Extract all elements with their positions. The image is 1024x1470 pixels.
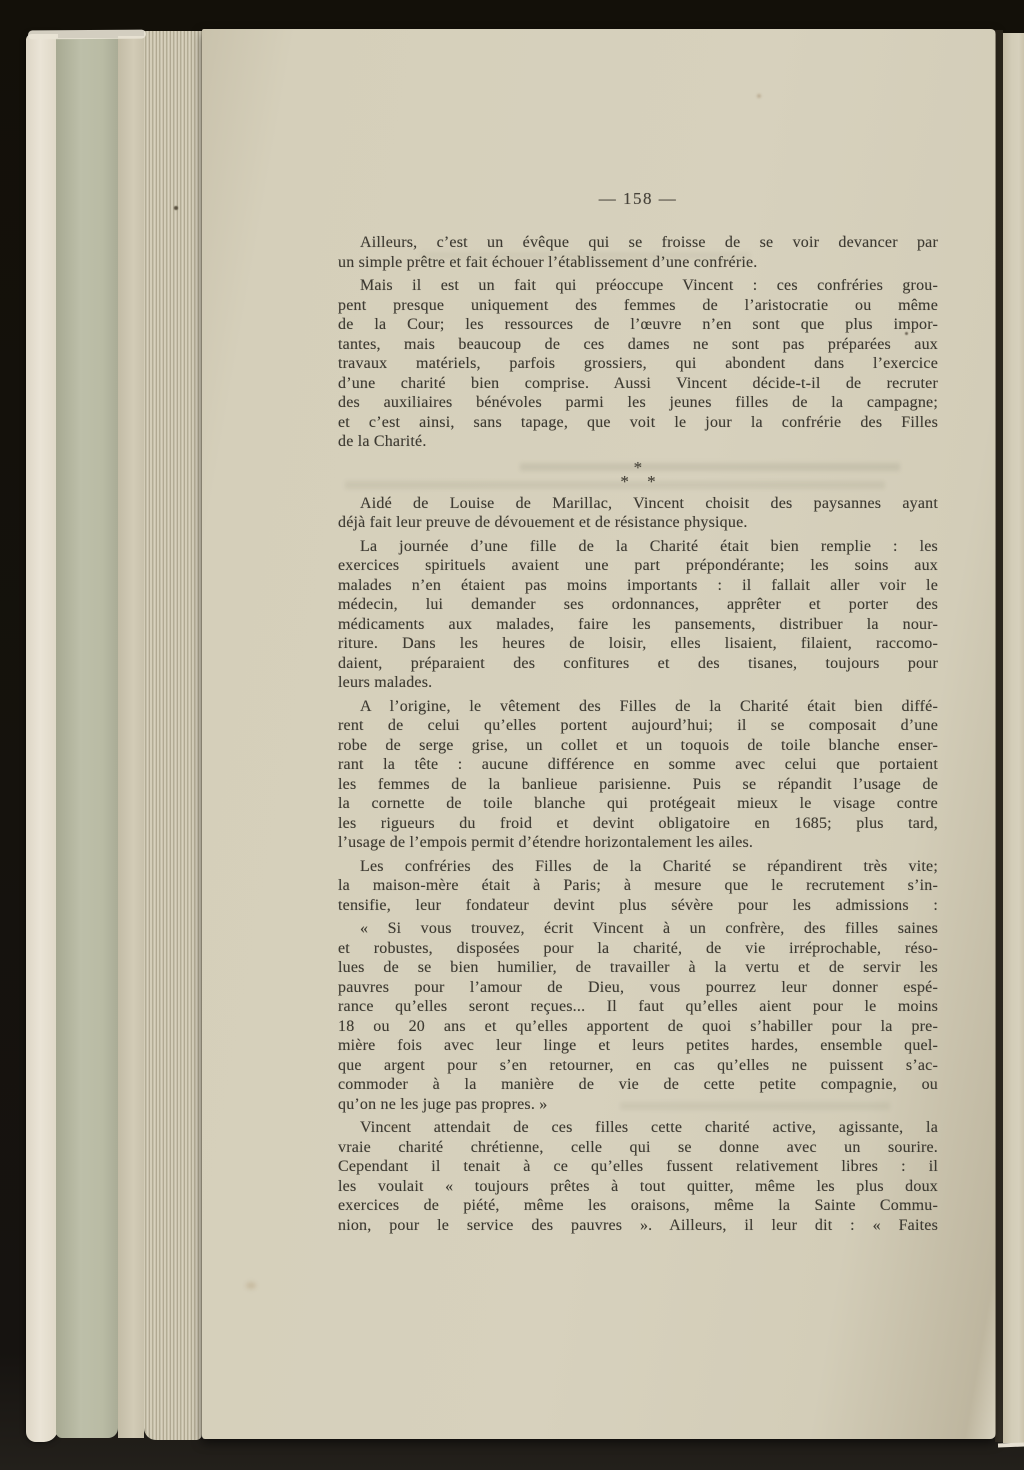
paragraph: Mais il est un fait qui préoccupe Vincen… xyxy=(338,276,938,452)
foxing-stain xyxy=(390,1124,396,1129)
text-line: Aidé de Louise de Marillac, Vincent choi… xyxy=(338,494,938,514)
text-line: tensifie, leur fondateur devint plus sév… xyxy=(338,896,938,916)
text-line: de la Charité. xyxy=(338,432,938,452)
text-line: rent de celui qu’elles portent aujourd’h… xyxy=(338,716,938,736)
show-through-smudge xyxy=(420,252,750,259)
text-line: rant la tête : aucune différence en somm… xyxy=(338,755,938,775)
facing-page-bottom-edge xyxy=(998,1443,1024,1448)
paragraph: Aidé de Louise de Marillac, Vincent choi… xyxy=(338,494,938,533)
show-through-smudge xyxy=(620,1102,890,1110)
flyleaf-strip xyxy=(56,38,118,1438)
text-line: Mais il est un fait qui préoccupe Vincen… xyxy=(338,276,938,296)
text-line: lues de se bien humilier, de travailler … xyxy=(338,958,938,978)
text-line: les rigueurs du froid et devint obligato… xyxy=(338,814,938,834)
text-line: Ailleurs, c’est un évêque qui se froisse… xyxy=(338,233,938,253)
foxing-stain xyxy=(905,332,908,335)
text-line: la maison-mère était à Paris; à mesure q… xyxy=(338,876,938,896)
text-line: les voulait « toujours prêtes à tout qui… xyxy=(338,1177,938,1197)
text-line: médicaments aux malades, faire les panse… xyxy=(338,615,938,635)
text-line: déjà fait leur preuve de dévouement et d… xyxy=(338,513,938,533)
text-line: pauvres pour l’amour de Dieu, vous pourr… xyxy=(338,978,938,998)
text-line: commoder à la manière de vie de cette pe… xyxy=(338,1075,938,1095)
deckle-edge-highlight xyxy=(28,30,146,40)
text-line: mière fois avec leur linge et leurs peti… xyxy=(338,1036,938,1056)
show-through-smudge xyxy=(345,481,885,489)
page-number: — 158 — xyxy=(338,189,938,209)
foxing-stain xyxy=(757,94,761,98)
text-line: La journée d’une fille de la Charité éta… xyxy=(338,537,938,557)
text-line: Cependant il tenait à ce qu’elles fussen… xyxy=(338,1157,938,1177)
text-line: malades n’en étaient pas moins important… xyxy=(338,576,938,596)
foxing-stain xyxy=(174,206,178,210)
show-through-smudge xyxy=(520,463,900,471)
text-line: A l’origine, le vêtement des Filles de l… xyxy=(338,697,938,717)
text-line: les femmes de la banlieue parisienne. Pu… xyxy=(338,775,938,795)
text-line: d’une charité bien comprise. Aussi Vince… xyxy=(338,374,938,394)
text-block: — 158 — Ailleurs, c’est un évêque qui se… xyxy=(338,189,938,1239)
text-line: daient, préparaient des confitures et de… xyxy=(338,654,938,674)
text-line: pent presque uniquement des femmes de l’… xyxy=(338,296,938,316)
text-line: des auxiliaires bénévoles parmi les jeun… xyxy=(338,393,938,413)
text-line: Vincent attendait de ces filles cette ch… xyxy=(338,1118,938,1138)
text-line: Les confréries des Filles de la Charité … xyxy=(338,857,938,877)
paragraph: La journée d’une fille de la Charité éta… xyxy=(338,537,938,693)
paragraph: Les confréries des Filles de la Charité … xyxy=(338,857,938,916)
text-line: tantes, mais beaucoup de ces dames ne so… xyxy=(338,335,938,355)
paragraph: Vincent attendait de ces filles cette ch… xyxy=(338,1118,938,1235)
foxing-stain xyxy=(420,641,425,645)
book-page: — 158 — Ailleurs, c’est un évêque qui se… xyxy=(202,29,996,1439)
text-line: exercices spirituels avaient une part pr… xyxy=(338,556,938,576)
facing-page-sliver xyxy=(1003,33,1024,1443)
text-line: vraie charité chrétienne, celle qui se d… xyxy=(338,1138,938,1158)
text-line: médecin, lui demander ses ordonnances, a… xyxy=(338,595,938,615)
text-line: rance qu’elles seront reçues... Il faut … xyxy=(338,997,938,1017)
paragraph: « Si vous trouvez, écrit Vincent à un co… xyxy=(338,919,938,1114)
book-cover-edge xyxy=(26,34,58,1442)
text-line: « Si vous trouvez, écrit Vincent à un co… xyxy=(338,919,938,939)
text-line: nion, pour le service des pauvres ». Ail… xyxy=(338,1216,938,1236)
text-line: la cornette de toile blanche qui protége… xyxy=(338,794,938,814)
text-line: robe de serge grise, un collet et un toq… xyxy=(338,736,938,756)
text-line: que argent pour s’en retourner, en cas q… xyxy=(338,1056,938,1076)
text-line: et robustes, disposées pour la charité, … xyxy=(338,939,938,959)
text-line: travaux matériels, parfois grossiers, qu… xyxy=(338,354,938,374)
text-line: et c’est ainsi, sans tapage, que voit le… xyxy=(338,413,938,433)
text-line: leurs malades. xyxy=(338,673,938,693)
page-fold-shadow xyxy=(995,30,1003,1442)
inner-page-strip xyxy=(118,36,144,1438)
text-line: riture. Dans les heures de loisir, elles… xyxy=(338,634,938,654)
text-line: l’usage de l’empois permit d’étendre hor… xyxy=(338,833,938,853)
text-line: exercices de piété, même les oraisons, m… xyxy=(338,1196,938,1216)
text-line: 18 ou 20 ans et qu’elles apportent de qu… xyxy=(338,1017,938,1037)
text-line: de la Cour; les ressources de l’œuvre n’… xyxy=(338,315,938,335)
scanned-book-photo: — 158 — Ailleurs, c’est un évêque qui se… xyxy=(0,0,1024,1470)
foxing-stain xyxy=(246,1282,256,1289)
page-edge-stack xyxy=(144,31,202,1440)
paragraph: A l’origine, le vêtement des Filles de l… xyxy=(338,697,938,853)
